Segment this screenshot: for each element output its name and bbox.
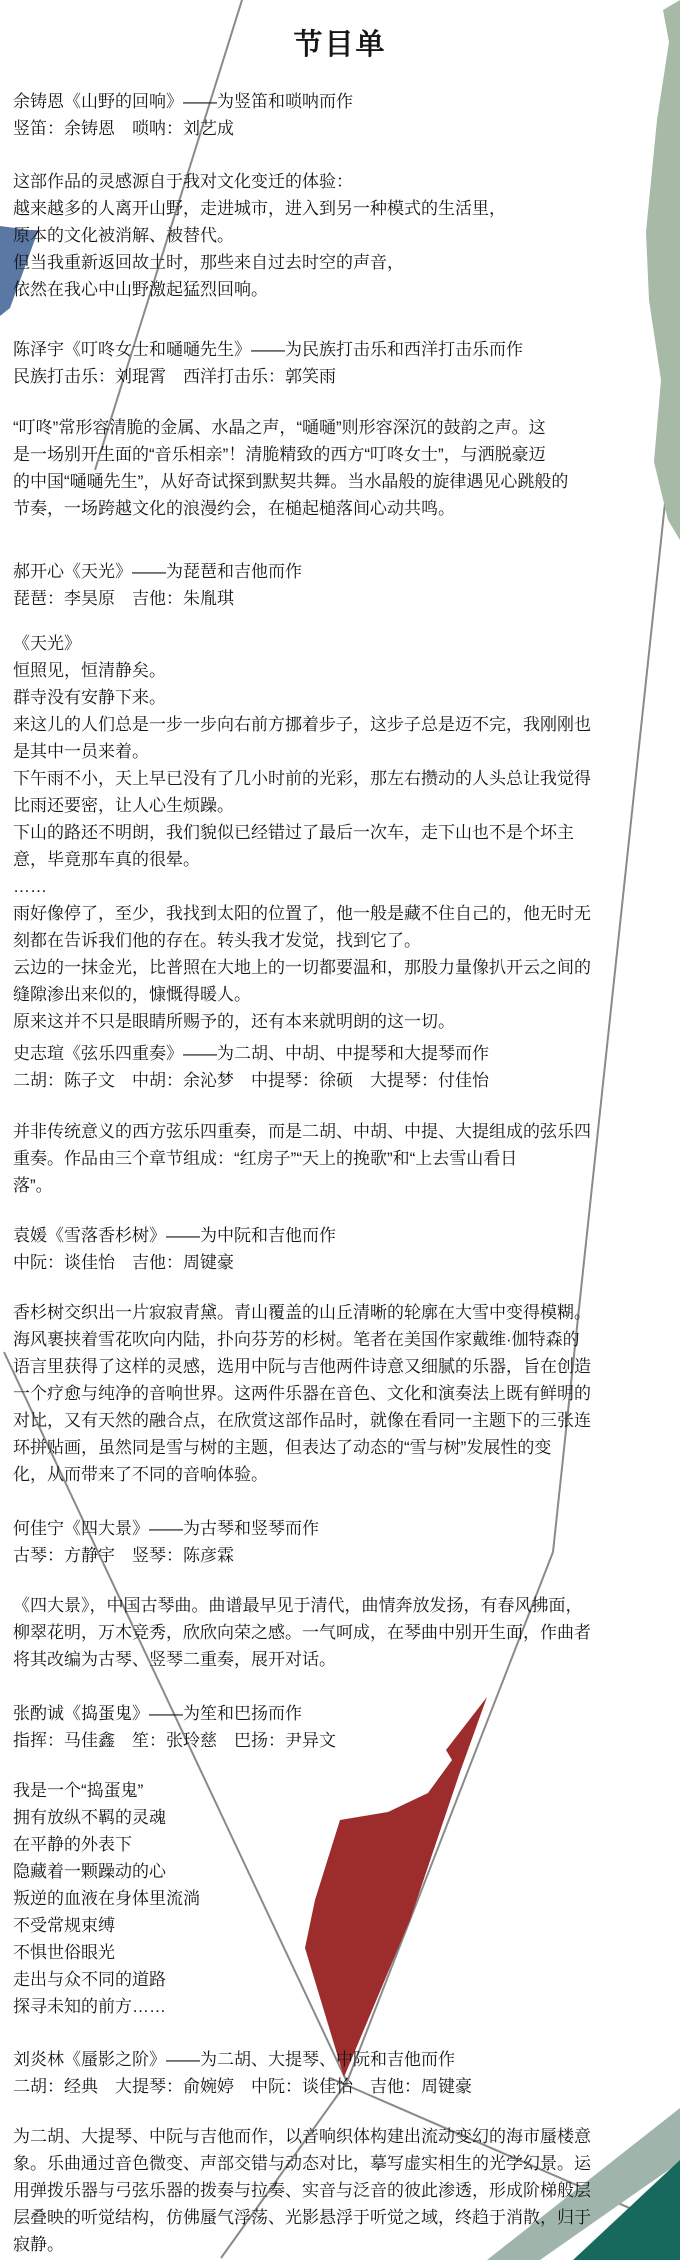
piece-3-heading: 郝开心《天光》——为琵琶和吉他而作 琵琶：李昊原 吉他：朱胤琪 xyxy=(13,558,671,612)
section-5: 袁媛《雪落香杉树》——为中阮和吉他而作 中阮：谈佳怡 吉他：周键豪 xyxy=(13,1222,671,1276)
section-3: 郝开心《天光》——为琵琶和吉他而作 琵琶：李昊原 吉他：朱胤琪 xyxy=(13,558,671,612)
piece-4-heading: 史志瑄《弦乐四重奏》——为二胡、中胡、中提琴和大提琴而作 二胡：陈子文 中胡：余… xyxy=(13,1040,671,1094)
piece-5-heading: 袁媛《雪落香杉树》——为中阮和吉他而作 中阮：谈佳怡 吉他：周键豪 xyxy=(13,1222,671,1276)
section-8: 刘炎林《蜃影之阶》——为二胡、大提琴、中阮和吉他而作 二胡：经典 大提琴：俞婉婷… xyxy=(13,2046,671,2100)
section-1: 余铸恩《山野的回响》——为竖笛和唢呐而作 竖笛：余铸恩 唢呐：刘艺成 xyxy=(13,88,671,142)
section-2: 陈泽宇《叮咚女士和嗵嗵先生》——为民族打击乐和西洋打击乐而作 民族打击乐：刘琨霄… xyxy=(13,336,671,390)
piece-1-heading: 余铸恩《山野的回响》——为竖笛和唢呐而作 竖笛：余铸恩 唢呐：刘艺成 xyxy=(13,88,671,142)
piece-1-notes: 这部作品的灵感源自于我对文化变迁的体验： 越来越多的人离开山野，走进城市，进入到… xyxy=(13,168,671,303)
section-6-body: 《四大景》，中国古琴曲。曲谱最早见于清代，曲情奔放发扬，有春风拂面， 柳翠花明，… xyxy=(13,1592,671,1673)
section-4-body: 并非传统意义的西方弦乐四重奏，而是二胡、中胡、中提、大提组成的弦乐四 重奏。作品… xyxy=(13,1118,671,1199)
section-8-body: 为二胡、大提琴、中阮与吉他而作，以音响织体构建出流动变幻的海市蜃楼意 象。乐曲通… xyxy=(13,2123,671,2258)
section-7-body: 我是一个“捣蛋鬼” 拥有放纵不羁的灵魂 在平静的外表下 隐藏着一颗躁动的心 叛逆… xyxy=(13,1777,671,2020)
section-4: 史志瑄《弦乐四重奏》——为二胡、中胡、中提琴和大提琴而作 二胡：陈子文 中胡：余… xyxy=(13,1040,671,1094)
section-3-body: 《天光》 恒照见，恒清静矣。 群寺没有安静下来。 来这儿的人们总是一步一步向右前… xyxy=(13,630,671,1035)
piece-2-heading: 陈泽宇《叮咚女士和嗵嗵先生》——为民族打击乐和西洋打击乐而作 民族打击乐：刘琨霄… xyxy=(13,336,671,390)
piece-6-notes: 《四大景》，中国古琴曲。曲谱最早见于清代，曲情奔放发扬，有春风拂面， 柳翠花明，… xyxy=(13,1592,671,1673)
piece-7-notes: 我是一个“捣蛋鬼” 拥有放纵不羁的灵魂 在平静的外表下 隐藏着一颗躁动的心 叛逆… xyxy=(13,1777,671,2020)
piece-2-notes: “叮咚”常形容清脆的金属、水晶之声，“嗵嗵”则形容深沉的鼓韵之声。这 是一场别开… xyxy=(13,414,671,522)
piece-8-heading: 刘炎林《蜃影之阶》——为二胡、大提琴、中阮和吉他而作 二胡：经典 大提琴：俞婉婷… xyxy=(13,2046,671,2100)
piece-3-notes: 《天光》 恒照见，恒清静矣。 群寺没有安静下来。 来这儿的人们总是一步一步向右前… xyxy=(13,630,671,1035)
section-7: 张酌诚《捣蛋鬼》——为笙和巴扬而作 指挥：马佳鑫 笙：张玲慈 巴扬：尹异文 xyxy=(13,1700,671,1754)
section-5-body: 香杉树交织出一片寂寂青黛。青山覆盖的山丘清晰的轮廓在大雪中变得模糊。 海风裹挟着… xyxy=(13,1299,671,1488)
piece-5-notes: 香杉树交织出一片寂寂青黛。青山覆盖的山丘清晰的轮廓在大雪中变得模糊。 海风裹挟着… xyxy=(13,1299,671,1488)
section-1-body: 这部作品的灵感源自于我对文化变迁的体验： 越来越多的人离开山野，走进城市，进入到… xyxy=(13,168,671,303)
section-6: 何佳宁《四大景》——为古琴和竖琴而作 古琴：方静宇 竖琴：陈彦霖 xyxy=(13,1515,671,1569)
piece-4-notes: 并非传统意义的西方弦乐四重奏，而是二胡、中胡、中提、大提组成的弦乐四 重奏。作品… xyxy=(13,1118,671,1199)
page-title: 节目单 xyxy=(0,22,680,63)
section-2-body: “叮咚”常形容清脆的金属、水晶之声，“嗵嗵”则形容深沉的鼓韵之声。这 是一场别开… xyxy=(13,414,671,522)
piece-8-notes: 为二胡、大提琴、中阮与吉他而作，以音响织体构建出流动变幻的海市蜃楼意 象。乐曲通… xyxy=(13,2123,671,2258)
piece-7-heading: 张酌诚《捣蛋鬼》——为笙和巴扬而作 指挥：马佳鑫 笙：张玲慈 巴扬：尹异文 xyxy=(13,1700,671,1754)
piece-6-heading: 何佳宁《四大景》——为古琴和竖琴而作 古琴：方静宇 竖琴：陈彦霖 xyxy=(13,1515,671,1569)
